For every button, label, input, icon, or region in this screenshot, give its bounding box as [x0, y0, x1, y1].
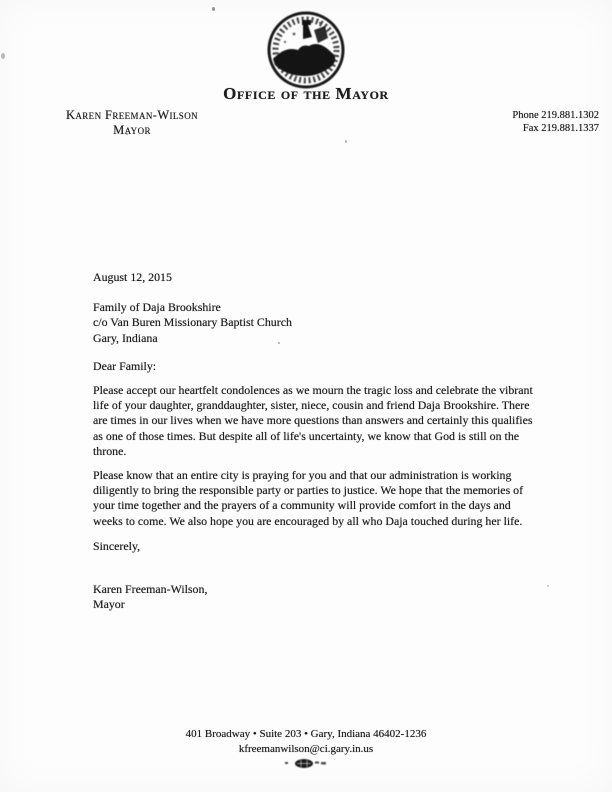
footer-address: 401 Broadway • Suite 203 • Gary, Indiana… — [0, 727, 612, 742]
signature-block: Karen Freeman-Wilson, Mayor — [93, 582, 535, 612]
body-paragraph: Please accept our heartfelt condolences … — [93, 383, 535, 459]
recipient-address-block: Family of Daja Brookshire c/o Van Buren … — [93, 300, 535, 346]
letter-body: August 12, 2015 Family of Daja Brookshir… — [93, 270, 535, 612]
letterhead-official-block: Karen Freeman-Wilson Mayor — [26, 108, 238, 138]
printers-union-mark-icon — [283, 758, 329, 769]
scan-artifact — [345, 140, 347, 143]
official-name: Karen Freeman-Wilson — [26, 108, 238, 123]
fax-number: Fax 219.881.1337 — [512, 122, 599, 135]
recipient-line: c/o Van Buren Missionary Baptist Church — [93, 315, 535, 330]
scanned-letter-page: Office of the Mayor Karen Freeman-Wilson… — [0, 0, 612, 792]
letter-footer: 401 Broadway • Suite 203 • Gary, Indiana… — [0, 727, 612, 769]
footer-email: kfreemanwilson@ci.gary.in.us — [0, 742, 612, 757]
scan-artifact — [212, 7, 215, 11]
body-paragraph: Please know that an entire city is prayi… — [93, 468, 535, 529]
signature-title: Mayor — [93, 597, 535, 612]
signature-name: Karen Freeman-Wilson, — [93, 582, 535, 597]
scan-artifact — [126, 133, 128, 135]
recipient-line: Family of Daja Brookshire — [93, 300, 535, 315]
office-title: Office of the Mayor — [0, 84, 612, 104]
scan-artifact — [547, 585, 549, 587]
recipient-line: Gary, Indiana — [93, 331, 535, 346]
official-title: Mayor — [26, 123, 238, 138]
phone-number: Phone 219.881.1302 — [512, 109, 599, 122]
city-of-gary-seal-icon — [258, 9, 354, 96]
closing: Sincerely, — [93, 539, 535, 554]
letter-date: August 12, 2015 — [93, 270, 535, 285]
salutation: Dear Family: — [93, 359, 535, 374]
scan-artifact — [278, 342, 280, 344]
scan-artifact — [1, 53, 5, 59]
letterhead-contact-block: Phone 219.881.1302 Fax 219.881.1337 — [512, 109, 599, 135]
